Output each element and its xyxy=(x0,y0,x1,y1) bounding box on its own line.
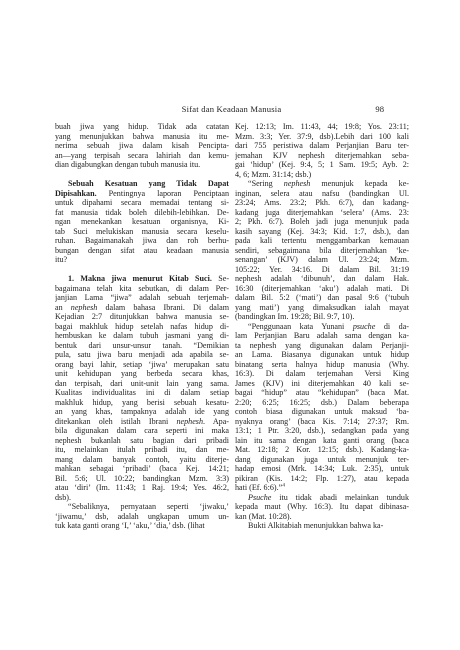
text-line: pikiran (Kis. 14:2; Flp. 1:27), atau kep… xyxy=(235,474,409,484)
text-line: ta nephesh yang digunakan dalam Perjanji… xyxy=(235,341,409,351)
text-run: sendiri, sebagaimana bila diterjemahkan … xyxy=(235,246,409,255)
text-line: bagaimana telah kita sebutkan, di dalam … xyxy=(55,284,229,294)
text-line: pada kali tertentu menggambarkan kemauan xyxy=(235,236,409,246)
text-run: hati (Ef. 6:6).” xyxy=(235,483,282,492)
text-line: makhluk hidup, yang berisi sebuah kesatu… xyxy=(55,398,229,408)
text-run: hembuskan ke dalam tubuh jasmani yang di… xyxy=(55,331,229,340)
text-run: 16:30 (diterjemahkan ‘aku’) adalah mati.… xyxy=(235,284,409,293)
text-run: itu tidak abadi melainkan tunduk xyxy=(271,493,409,502)
text-line: dang digunakan juga untuk menunjuk ter- xyxy=(235,455,409,465)
text-line: jemahan KJV nephesh diterjemahkan seba- xyxy=(235,151,409,161)
text-run: an xyxy=(55,303,71,312)
text-run: dalam Bil. 5:2 (‘mati’) dan pasal 9:6 (‘… xyxy=(235,293,409,302)
text-run: an yang khas, tampaknya adalah ide yang xyxy=(55,407,229,416)
text-run: kasih sayang (Kej. 34:3; Kid. 1:7, dsb.)… xyxy=(235,227,409,236)
text-line: an—yang terpisah secara lahiriah dan kem… xyxy=(55,151,229,161)
text-line: kepada maut (Why. 16:3). Itu dapat dibin… xyxy=(235,502,409,512)
text-line: sendiri, sebagaimana bila diterjemahkan … xyxy=(235,246,409,256)
text-line: fat manusia tidak boleh dilebih-lebihkan… xyxy=(55,208,229,218)
text-run: Bukti Alkitabiah menunjukkan bahwa ka- xyxy=(248,521,383,530)
text-run: itu? xyxy=(55,255,67,264)
text-run: dsb). xyxy=(55,493,71,502)
text-line: “Sebaliknya, pernyataan seperti ‘jiwaku,… xyxy=(55,502,229,512)
text-run: dian digabungkan dengan tubuh manusia it… xyxy=(55,160,200,169)
text-line: 13:1; 1 Ptr. 3:20, dsb.), sedangkan pada… xyxy=(235,426,409,436)
text-line: inginan, selera atau nafsu (bandingkan U… xyxy=(235,189,409,199)
text-line: pula, satu jiwa baru menjadi ada apabila… xyxy=(55,350,229,360)
text-run: mang dalam banyak contoh, yaitu diterje- xyxy=(55,455,229,464)
text-run: 4, 6; Mzm. 31:14; dsb.) xyxy=(235,170,311,179)
page-header: Sifat dan Keadaan Manusia 98 xyxy=(55,103,408,115)
text-run: Pentingnya laporan Penciptaan xyxy=(97,189,229,198)
text-run: Mat. 12:18; 2 Kor. 12:15; dsb.). Kadang-… xyxy=(235,445,409,454)
text-run: yang menunjukkan bahwa manusia itu me- xyxy=(55,132,229,141)
text-run: tab Suci melukiskan manusia secara kesel… xyxy=(55,227,229,236)
text-run: pula, satu jiwa baru menjadi ada apabila… xyxy=(55,350,229,359)
text-line: bagai “hidup” atau “kehidupan” (baca Mat… xyxy=(235,388,409,398)
text-line: Kejadian 2:7 ditunjukkan bahwa manusia s… xyxy=(55,312,229,322)
text-run: senangan’ (KJV) dalam Ul. 23:24; Mzm. xyxy=(235,255,409,264)
text-line: kasih sayang (Kej. 34:3; Kid. 1:7, dsb.)… xyxy=(235,227,409,237)
text-run: “Penggunaan kata Yunani xyxy=(248,322,353,331)
text-line: contoh biasa digunakan untuk maksud ‘ba- xyxy=(235,407,409,417)
text-run: pada kali tertentu menggambarkan kemauan xyxy=(235,236,409,245)
text-line: James (KJV) ini diterjemahkan 40 kali se… xyxy=(235,379,409,389)
text-run: inginan, selera atau nafsu (bandingkan U… xyxy=(235,189,409,198)
text-line: yang mati’) yang dimaksudkan ialah mayat xyxy=(235,303,409,313)
text-line: 4, 6; Mzm. 31:14; dsb.) xyxy=(235,170,409,180)
text-run: Kejadian 2:7 ditunjukkan bahwa manusia s… xyxy=(55,312,229,321)
text-run: ngan menekankan kesatuan organisnya, Ki- xyxy=(55,217,229,226)
bold-text: Dipisahkan. xyxy=(55,189,97,198)
text-line: dian digabungkan dengan tubuh manusia it… xyxy=(55,160,229,170)
text-run: contoh biasa digunakan untuk maksud ‘ba- xyxy=(235,407,409,416)
text-line: orang bayi lahir, setiap ‘jiwa’ merupaka… xyxy=(55,360,229,370)
text-run: ta nephesh yang digunakan dalam Perjanji… xyxy=(235,341,409,350)
text-line: lain itu sama dengan kata ganti orang (b… xyxy=(235,436,409,446)
text-line: dari 755 peristiwa dalam Perjanjian Baru… xyxy=(235,141,409,151)
text-run: “Sebaliknya, pernyataan seperti ‘jiwaku,… xyxy=(68,502,229,511)
text-line: 105:22; Yer. 34:16. Di dalam Bil. 31:19 xyxy=(235,265,409,275)
text-run: tuk kata ganti orang ‘I,’ ‘aku,’ ‘dia,’ … xyxy=(55,521,205,530)
text-run: Kej. 12:13; Im. 11:43, 44; 19:8; Yos. 23… xyxy=(235,122,409,131)
text-line: “Sering nephesh menunjuk kepada ke- xyxy=(235,179,409,189)
text-line: Bukti Alkitabiah menunjukkan bahwa ka- xyxy=(235,521,409,531)
text-run: atau ‘diri’ (Im. 11:43; 1 Raj. 19:4; Yes… xyxy=(55,483,229,492)
text-line: yang menunjukkan bahwa manusia itu me- xyxy=(55,132,229,142)
text-column-right: Kej. 12:13; Im. 11:43, 44; 19:8; Yos. 23… xyxy=(235,122,409,531)
page-number: 98 xyxy=(375,103,384,115)
text-line: dsb). xyxy=(55,493,229,503)
text-line: Bil. 5:6; Ul. 10:22; bandingkan Mzm. 3:3… xyxy=(55,474,229,484)
text-line: bungan dengan sifat atau keadaan manusia xyxy=(55,246,229,256)
paragraph-spacer xyxy=(55,265,229,275)
text-line: unit kehidupan yang berbeda secara khas, xyxy=(55,369,229,379)
text-line: kadang juga diterjemahkan ‘selera’ (Ams.… xyxy=(235,208,409,218)
text-line: hadap emosi (Mrk. 14:34; Luk. 2:35), unt… xyxy=(235,464,409,474)
text-line: binatang serta halnya hidup manusia (Why… xyxy=(235,360,409,370)
text-run: nephesh adalah ‘dibunuh’, dan dalam Hak. xyxy=(235,274,409,283)
text-line: nephesh adalah ‘dibunuh’, dan dalam Hak. xyxy=(235,274,409,284)
text-line: Mat. 12:18; 2 Kor. 12:15; dsb.). Kadang-… xyxy=(235,445,409,455)
text-line: an yang khas, tampaknya adalah ide yang xyxy=(55,407,229,417)
text-line: tuk kata ganti orang ‘I,’ ‘aku,’ ‘dia,’ … xyxy=(55,521,229,531)
text-run: James (KJV) ini diterjemahkan 40 kali se… xyxy=(235,379,409,388)
text-run: yang mati’) yang dimaksudkan ialah mayat xyxy=(235,303,409,312)
text-line: 1. Makna jiwa menurut Kitab Suci. Se- xyxy=(55,274,229,284)
text-line: Mzm. 3:3; Yer. 37:9, dsb).Lebih dari 100… xyxy=(235,132,409,142)
text-line: hati (Ef. 6:6).”4 xyxy=(235,483,409,493)
text-line: bentuk dari unsur-unsur tanah. “Demikian xyxy=(55,341,229,351)
text-line: atau ‘diri’ (Im. 11:43; 1 Raj. 19:4; Yes… xyxy=(55,483,229,493)
text-run: kan (Mat. 10:28). xyxy=(235,512,292,521)
text-line: dan terpisah, dari unit-unit lain yang s… xyxy=(55,379,229,389)
text-run: . Apa- xyxy=(203,417,229,426)
text-run: 16:3). Di dalam terjemahan Versi King xyxy=(235,369,409,378)
text-run: itu, melainkan itulah pribadi itu, dan m… xyxy=(55,445,229,454)
text-run: bentuk dari unsur-unsur tanah. “Demikian xyxy=(55,341,229,350)
text-run: nyaknya orang’ (baca Kis. 7:14; 27:37; R… xyxy=(235,417,409,426)
text-line: untuk dipahami secara memadai tentang si… xyxy=(55,198,229,208)
text-line: an nephesh dalam bahasa Ibrani. Di dalam xyxy=(55,303,229,313)
text-line: Psuche itu tidak abadi melainkan tunduk xyxy=(235,493,409,503)
text-run: bagai makhluk hidup setelah nafas hidup … xyxy=(55,322,229,331)
text-run: 2:20; 6:25; 16:25; dsb.) Dalam beberapa xyxy=(235,398,409,407)
text-line: nerima sebuah jiwa dalam kisah Pencipta- xyxy=(55,141,229,151)
text-line: janjian Lama “jiwa” adalah sebuah terjem… xyxy=(55,293,229,303)
text-run: Mzm. 3:3; Yer. 37:9, dsb).Lebih dari 100… xyxy=(235,132,409,141)
text-run: pikiran (Kis. 14:2; Flp. 1:27), atau kep… xyxy=(235,474,409,483)
text-line: mahkan sebagai ‘pribadi’ (baca Kej. 14:2… xyxy=(55,464,229,474)
text-line: ngan menekankan kesatuan organisnya, Ki- xyxy=(55,217,229,227)
text-line: gai ‘hidup’ (Kej. 9:4, 5; 1 Sam. 19:5; A… xyxy=(235,160,409,170)
text-line: 16:3). Di dalam terjemahan Versi King xyxy=(235,369,409,379)
text-line: Kualitas individualitas ini di dalam set… xyxy=(55,388,229,398)
text-line: dalam Bil. 5:2 (‘mati’) dan pasal 9:6 (‘… xyxy=(235,293,409,303)
text-run: bagai “hidup” atau “kehidupan” (baca Mat… xyxy=(235,388,409,397)
text-line: bagai makhluk hidup setelah nafas hidup … xyxy=(55,322,229,332)
italic-text: nephesh xyxy=(71,303,98,312)
text-line: Kej. 12:13; Im. 11:43, 44; 19:8; Yos. 23… xyxy=(235,122,409,132)
text-run: “Sering xyxy=(248,179,284,188)
text-body: buah jiwa yang hidup. Tidak ada catatany… xyxy=(55,122,409,531)
text-line: ruhan. Bagaimanakah jiwa dan roh berhu- xyxy=(55,236,229,246)
text-run: gai ‘hidup’ (Kej. 9:4, 5; 1 Sam. 19:5; A… xyxy=(235,160,409,169)
text-run: dari 755 peristiwa dalam Perjanjian Baru… xyxy=(235,141,409,150)
italic-text: nephesh xyxy=(284,179,311,188)
text-run: lam Perjanjian Baru adalah sama dengan k… xyxy=(235,331,409,340)
text-line: 16:30 (diterjemahkan ‘aku’) adalah mati.… xyxy=(235,284,409,294)
text-line: nephesh bukanlah satu bagian dari pribad… xyxy=(55,436,229,446)
italic-text: nephesh xyxy=(176,417,203,426)
text-run: di da- xyxy=(375,322,409,331)
text-run: nerima sebuah jiwa dalam kisah Pencipta- xyxy=(55,141,229,150)
text-line: (bandingkan Im. 19:28; Bil. 9:7, 10). xyxy=(235,312,409,322)
text-run: mahkan sebagai ‘pribadi’ (baca Kej. 14:2… xyxy=(55,464,229,473)
footnote-ref: 4 xyxy=(282,483,285,488)
text-line: Sebuah Kesatuan yang Tidak Dapat xyxy=(55,179,229,189)
text-column-left: buah jiwa yang hidup. Tidak ada catatany… xyxy=(55,122,229,531)
text-run: an—yang terpisah secara lahiriah dan kem… xyxy=(55,151,229,160)
text-run: buah jiwa yang hidup. Tidak ada catatan xyxy=(55,122,229,131)
italic-text: psuche xyxy=(353,322,375,331)
text-line: nyaknya orang’ (baca Kis. 7:14; 27:37; R… xyxy=(235,417,409,427)
text-run: dang digunakan juga untuk menunjuk ter- xyxy=(235,455,409,464)
text-run: an Lama. Biasanya digunakan untuk hidup xyxy=(235,350,409,359)
text-line: mang dalam banyak contoh, yaitu diterje- xyxy=(55,455,229,465)
running-title: Sifat dan Keadaan Manusia xyxy=(55,103,408,115)
text-run: Bil. 5:6; Ul. 10:22; bandingkan Mzm. 3:3… xyxy=(55,474,229,483)
text-run: untuk dipahami secara memadai tentang si… xyxy=(55,198,229,207)
text-line: an Lama. Biasanya digunakan untuk hidup xyxy=(235,350,409,360)
paragraph-spacer xyxy=(55,170,229,180)
text-run: nephesh bukanlah satu bagian dari pribad… xyxy=(55,436,229,445)
text-line: 23:24; Ams. 23:2; Pkh. 6:7), dan kadang- xyxy=(235,198,409,208)
text-run: lain itu sama dengan kata ganti orang (b… xyxy=(235,436,409,445)
text-run: kepada maut (Why. 16:3). Itu dapat dibin… xyxy=(235,502,409,511)
italic-text: Psuche xyxy=(248,493,271,502)
text-run: unit kehidupan yang berbeda secara khas, xyxy=(55,369,229,378)
text-line: Dipisahkan. Pentingnya laporan Penciptaa… xyxy=(55,189,229,199)
text-run: menunjuk kepada ke- xyxy=(310,179,409,188)
text-line: 2; Pkh. 6:7). Boleh jadi juga menunjuk p… xyxy=(235,217,409,227)
text-run: bungan dengan sifat atau keadaan manusia xyxy=(55,246,229,255)
text-run: kadang juga diterjemahkan ‘selera’ (Ams.… xyxy=(235,208,409,217)
text-run: 13:1; 1 Ptr. 3:20, dsb.), sedangkan pada… xyxy=(235,426,409,435)
text-run: makhluk hidup, yang berisi sebuah kesatu… xyxy=(55,398,229,407)
text-line: lam Perjanjian Baru adalah sama dengan k… xyxy=(235,331,409,341)
text-run: ditekankan oleh istilah Ibrani xyxy=(55,417,176,426)
text-run: dan terpisah, dari unit-unit lain yang s… xyxy=(55,379,229,388)
text-run: ‘jiwamu,’ dsb, adalah ungkapan umum un- xyxy=(55,512,229,521)
text-line: tab Suci melukiskan manusia secara kesel… xyxy=(55,227,229,237)
text-run: Se- xyxy=(212,274,229,283)
text-run: bagaimana telah kita sebutkan, di dalam … xyxy=(55,284,229,293)
text-line: ditekankan oleh istilah Ibrani nephesh. … xyxy=(55,417,229,427)
text-run: dalam bahasa Ibrani. Di dalam xyxy=(97,303,229,312)
text-run: hadap emosi (Mrk. 14:34; Luk. 2:35), unt… xyxy=(235,464,409,473)
text-line: “Penggunaan kata Yunani psuche di da- xyxy=(235,322,409,332)
text-run: Kualitas individualitas ini di dalam set… xyxy=(55,388,229,397)
text-run: 2; Pkh. 6:7). Boleh jadi juga menunjuk p… xyxy=(235,217,409,226)
text-run: 105:22; Yer. 34:16. Di dalam Bil. 31:19 xyxy=(235,265,409,274)
text-line: hembuskan ke dalam tubuh jasmani yang di… xyxy=(55,331,229,341)
text-run: bila digunakan dalam cara seperti ini ma… xyxy=(55,426,229,435)
text-line: ‘jiwamu,’ dsb, adalah ungkapan umum un- xyxy=(55,512,229,522)
bold-text: Sebuah Kesatuan yang Tidak Dapat xyxy=(68,179,229,188)
bold-text: 1. Makna jiwa menurut Kitab Suci. xyxy=(68,274,212,283)
text-line: 2:20; 6:25; 16:25; dsb.) Dalam beberapa xyxy=(235,398,409,408)
text-line: itu, melainkan itulah pribadi itu, dan m… xyxy=(55,445,229,455)
text-line: itu? xyxy=(55,255,229,265)
text-run: binatang serta halnya hidup manusia (Why… xyxy=(235,360,409,369)
text-run: fat manusia tidak boleh dilebih-lebihkan… xyxy=(55,208,229,217)
text-run: orang bayi lahir, setiap ‘jiwa’ merupaka… xyxy=(55,360,229,369)
text-line: bila digunakan dalam cara seperti ini ma… xyxy=(55,426,229,436)
text-line: buah jiwa yang hidup. Tidak ada catatan xyxy=(55,122,229,132)
text-line: senangan’ (KJV) dalam Ul. 23:24; Mzm. xyxy=(235,255,409,265)
book-page: Sifat dan Keadaan Manusia 98 buah jiwa y… xyxy=(0,0,460,650)
text-line: kan (Mat. 10:28). xyxy=(235,512,409,522)
text-run: ruhan. Bagaimanakah jiwa dan roh berhu- xyxy=(55,236,229,245)
text-run: (bandingkan Im. 19:28; Bil. 9:7, 10). xyxy=(235,312,354,321)
text-run: jemahan KJV nephesh diterjemahkan seba- xyxy=(235,151,409,160)
text-run: janjian Lama “jiwa” adalah sebuah terjem… xyxy=(55,293,229,302)
text-run: 23:24; Ams. 23:2; Pkh. 6:7), dan kadang- xyxy=(235,198,409,207)
